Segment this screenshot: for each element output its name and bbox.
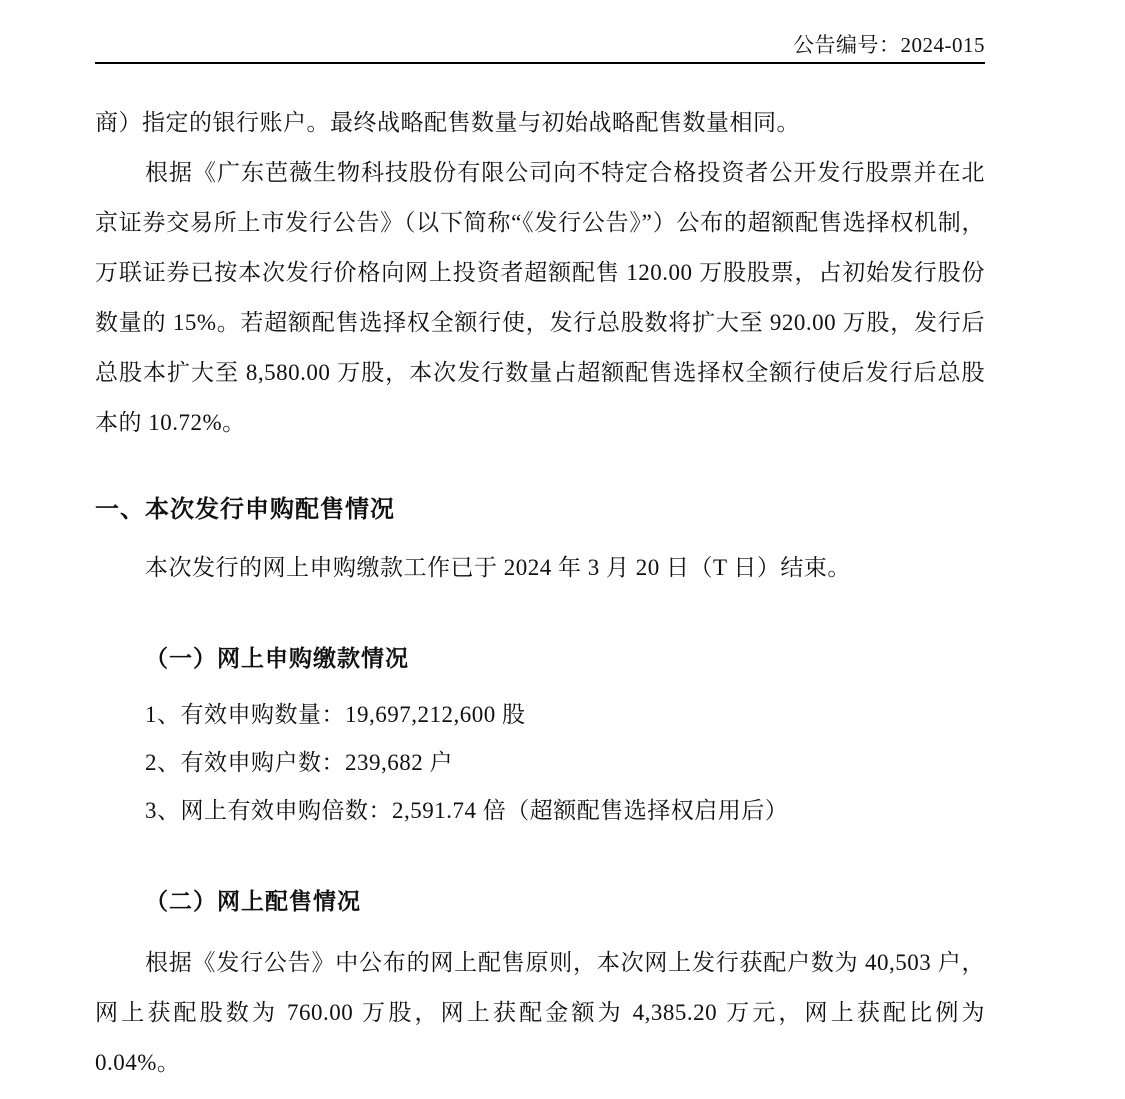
subsection-2-paragraph: 根据《发行公告》中公布的网上配售原则，本次网上发行获配户数为 40,503 户，…	[95, 938, 985, 1088]
subsection-1-heading: （一）网上申购缴款情况	[95, 633, 985, 683]
section-1-heading: 一、本次发行申购配售情况	[95, 485, 985, 535]
subsection-2-heading: （二）网上配售情况	[95, 876, 985, 926]
announcement-number: 公告编号：2024-015	[95, 32, 985, 58]
section-1-intro: 本次发行的网上申购缴款工作已于 2024 年 3 月 20 日（T 日）结束。	[95, 543, 985, 593]
document-page: 公告编号：2024-015 商）指定的银行账户。最终战略配售数量与初始战略配售数…	[0, 0, 1125, 1099]
subscription-stat-item: 3、网上有效申购倍数：2,591.74 倍（超额配售选择权启用后）	[145, 787, 985, 835]
paragraph-overallotment: 根据《广东芭薇生物科技股份有限公司向不特定合格投资者公开发行股票并在北京证券交易…	[95, 148, 985, 448]
paragraph-continuation: 商）指定的银行账户。最终战略配售数量与初始战略配售数量相同。	[95, 98, 985, 148]
online-subscription-stats-list: 1、有效申购数量：19,697,212,600 股2、有效申购户数：239,68…	[95, 691, 985, 835]
document-content: 商）指定的银行账户。最终战略配售数量与初始战略配售数量相同。 根据《广东芭薇生物…	[95, 64, 985, 1088]
subscription-stat-item: 2、有效申购户数：239,682 户	[145, 739, 985, 787]
subscription-stat-item: 1、有效申购数量：19,697,212,600 股	[145, 691, 985, 739]
